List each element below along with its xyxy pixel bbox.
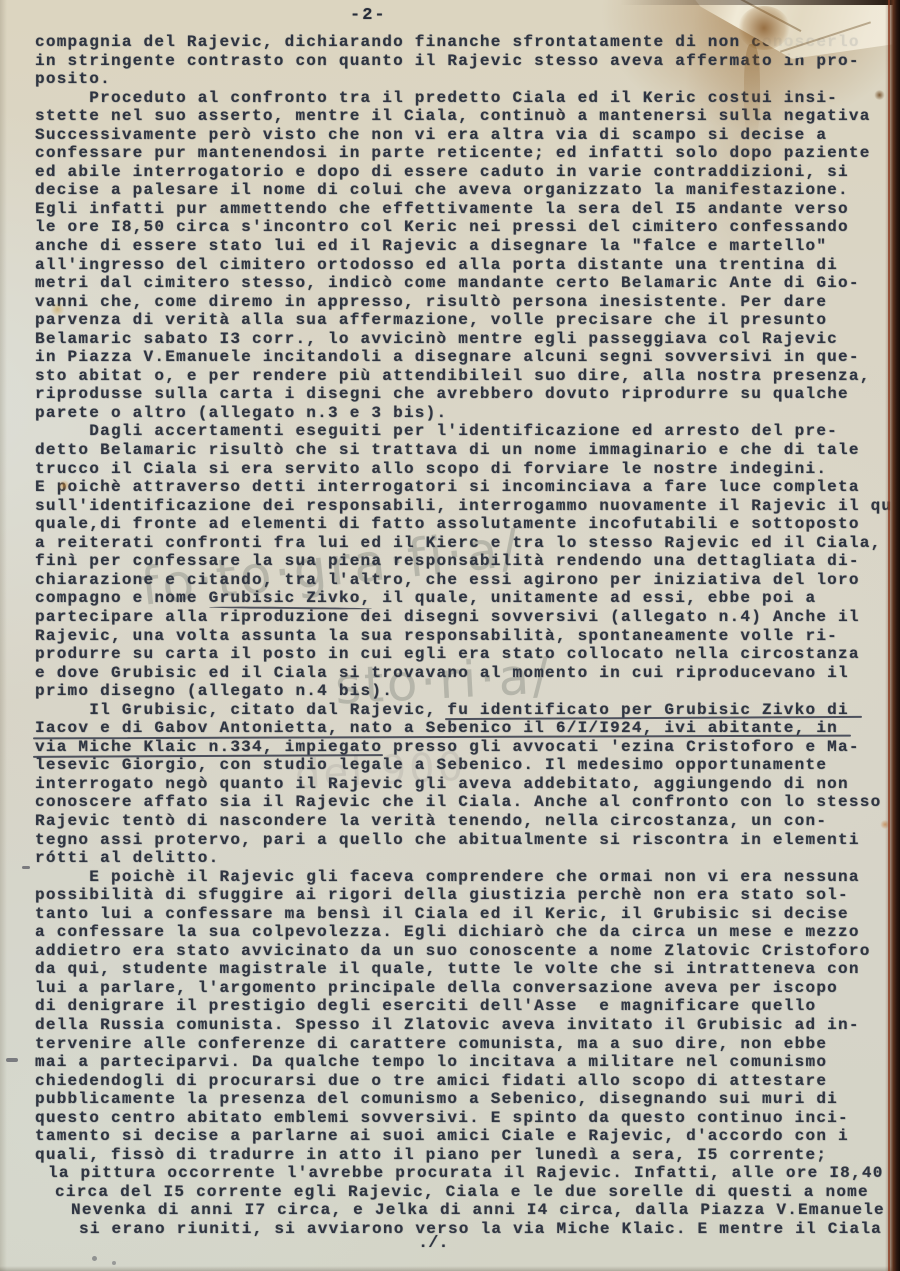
text-line: questo centro abitato emblemi sovversivi…	[35, 1109, 900, 1128]
page-edge-line	[888, 0, 890, 1271]
text-line: si erano riuniti, si avviarono verso la …	[79, 1220, 900, 1239]
text-line: tervenire alle conferenze di carattere c…	[35, 1035, 900, 1054]
text-line: la pittura occorrente l'avrebbe procurat…	[48, 1164, 900, 1183]
text-line: vanni che, come diremo in appresso, risu…	[35, 293, 900, 312]
text-line: circa del I5 corrente egli Rajevic, Cial…	[55, 1183, 900, 1202]
text-line: primo disegno (allegato n.4 bis).	[35, 682, 900, 701]
text-line: decise a palesare il nome di colui che a…	[35, 181, 900, 200]
text-line: posito.	[35, 70, 900, 89]
text-line: pubblicamente la presenza del comunismo …	[35, 1090, 900, 1109]
text-line: quale,di fronte ad elementi di fatto ass…	[35, 515, 900, 534]
text-line: a confessare la sua colpevolezza. Egli d…	[35, 923, 900, 942]
text-line: via Miche Klaic n.334, impiegato presso …	[35, 738, 900, 757]
ink-stain	[738, 6, 790, 50]
text-line: Rajevic, una volta assunta la sua respon…	[35, 627, 900, 646]
text-line: Rajevic tentò di nascondere la verità te…	[35, 812, 900, 831]
document-page: fo·to·gra·fi·a/ sto·ri·a/ del 900 -2- co…	[0, 0, 900, 1271]
page-edge-left	[0, 0, 7, 1271]
text-line: tanto lui a confessare ma bensì il Ciala…	[35, 905, 900, 924]
stain-dot	[50, 303, 65, 316]
text-line: sull'identificazione dei responsabili, i…	[35, 497, 900, 516]
text-line: a reiterati confronti fra lui ed il Kier…	[35, 534, 900, 553]
stain-streak	[744, 44, 760, 140]
text-line: riprodusse sulla carta i disegni che avr…	[35, 385, 900, 404]
text-line: Belamaric sabato I3 corr., lo avvicinò m…	[35, 330, 900, 349]
text-line: ed abile interrogatorio e dopo di essere…	[35, 163, 900, 182]
text-line: tamento si decise a parlarne ai suoi ami…	[35, 1127, 900, 1146]
text-line: all'ingresso del cimitero ortodosso ed a…	[35, 256, 900, 275]
text-line: anche di essere stato lui ed il Rajevic …	[35, 237, 900, 256]
text-line: Egli infatti pur ammettendo che effettiv…	[35, 200, 900, 219]
text-line: in stringente contrasto con quanto il Ra…	[35, 52, 900, 71]
text-line: metri dal cimitero stesso, indicò come m…	[35, 274, 900, 293]
document-text: compagnia del Rajevic, dichiarando finan…	[35, 33, 900, 1239]
text-line: compagno e nome Grubisic Zivko, il quale…	[35, 589, 900, 608]
text-line: Proceduto al confronto tra il predetto C…	[35, 89, 900, 108]
text-line: interrogato negò quanto il Rajevic gli a…	[35, 775, 900, 794]
text-line: partecipare alla riproduzione dei disegn…	[35, 608, 900, 627]
text-line: produrre su carta il posto in cui egli e…	[35, 645, 900, 664]
text-line: chiarazione e citando, tra l'altro, che …	[35, 571, 900, 590]
text-line: lesevic Giorgio, con studio legale a Seb…	[35, 756, 900, 775]
text-line: chiedendogli di procurarsi due o tre ami…	[35, 1072, 900, 1091]
text-line: di denigrare il prestigio degli eserciti…	[35, 997, 900, 1016]
text-line: conoscere affato sia il Rajevic che il C…	[35, 793, 900, 812]
text-line: della Russia comunista. Spesso il Zlatov…	[35, 1016, 900, 1035]
page-edge-bottom	[0, 1266, 900, 1271]
text-line: confessare pur mantenendosi in parte ret…	[35, 144, 900, 163]
text-line: E poichè attraverso detti interrogatori …	[35, 478, 900, 497]
text-line: le ore I8,50 circa s'incontro col Keric …	[35, 218, 900, 237]
text-line: mai a parteciparvi. Da qualche tempo lo …	[35, 1053, 900, 1072]
margin-mark	[6, 1058, 18, 1062]
text-line: detto Belamaric risultò che si trattava …	[35, 441, 900, 460]
text-line: parete o altro (allegato n.3 e 3 bis).	[35, 404, 900, 423]
page-number: -2-	[350, 6, 387, 25]
page-edge-top	[620, 0, 900, 5]
text-line: finì per confessare la sua piena respons…	[35, 552, 900, 571]
text-line: Nevenka di anni I7 circa, e Jelka di ann…	[71, 1201, 900, 1220]
text-line: stette nel suo asserto, mentre il Ciala,…	[35, 107, 900, 126]
margin-mark	[22, 866, 30, 869]
text-line: trucco il Ciala si era servito allo scop…	[35, 460, 900, 479]
text-line: parvenza di verità alla sua affermazione…	[35, 311, 900, 330]
text-line: sto abitat o, e per rendere più attendib…	[35, 367, 900, 386]
text-line: e dove Grubisic ed il Ciala si trovavano…	[35, 664, 900, 683]
text-line: addietro era stato avvicinato da un suo …	[35, 942, 900, 961]
stain-dot	[874, 90, 885, 100]
text-line: E poichè il Rajevic gli faceva comprende…	[35, 868, 900, 887]
margin-mark	[112, 1261, 116, 1265]
text-line: Successivamente però visto che non vi er…	[35, 126, 900, 145]
text-line: lui a parlare, l'argomento principale de…	[35, 979, 900, 998]
stain-dot	[58, 480, 70, 491]
text-line: Dagli accertamenti eseguiti per l'identi…	[35, 422, 900, 441]
text-line: in Piazza V.Emanuele incitandoli a diseg…	[35, 348, 900, 367]
footer-continuation-mark: ./.	[418, 1234, 449, 1253]
text-line: possibilità di sfuggire ai rigori della …	[35, 886, 900, 905]
margin-mark	[92, 1256, 97, 1261]
text-line: tegno assi protervo, pari a quello che a…	[35, 831, 900, 850]
text-line: da qui, studente magistrale il quale, tu…	[35, 960, 900, 979]
text-line: rótti al delitto.	[35, 849, 900, 868]
text-line: quali, fissò di tradurre in atto il pian…	[35, 1146, 900, 1165]
